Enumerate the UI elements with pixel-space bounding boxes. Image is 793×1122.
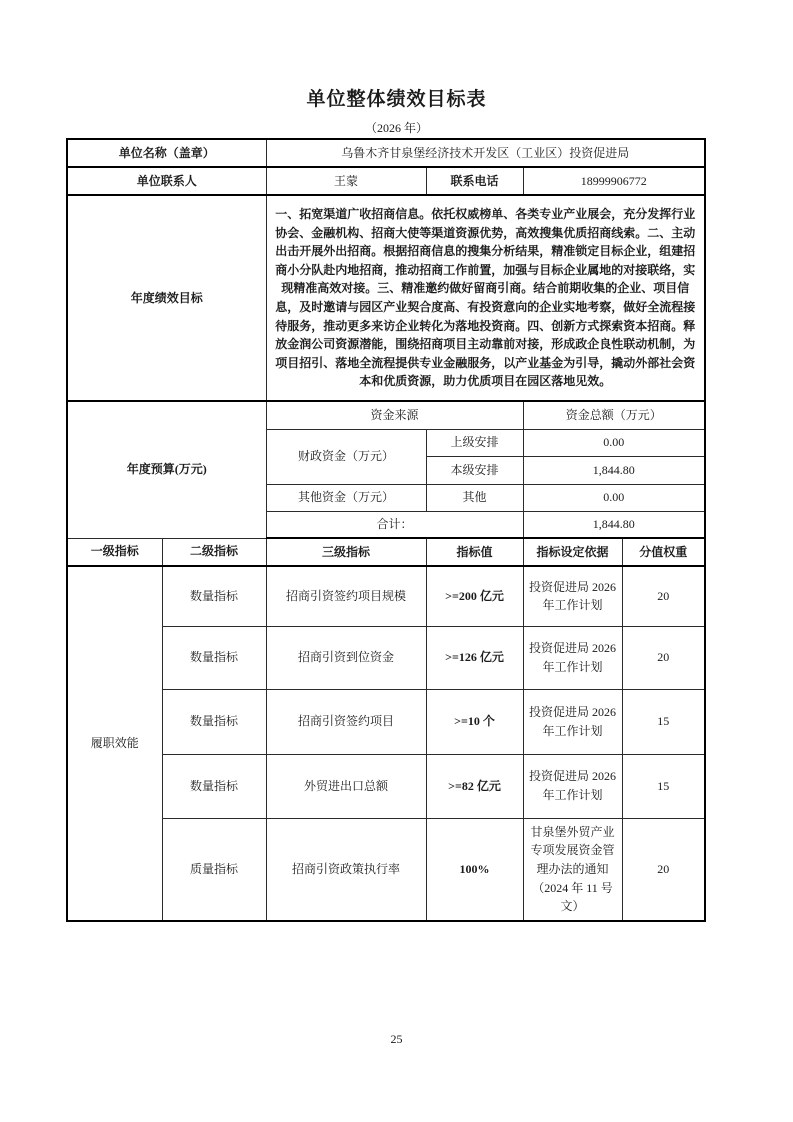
level3-cell: 招商引资政策执行率 bbox=[266, 818, 426, 921]
header-level3: 三级指标 bbox=[266, 538, 426, 566]
row-unit-contact: 单位联系人 王蒙 联系电话 18999906772 bbox=[67, 167, 705, 195]
header-level1: 一级指标 bbox=[67, 538, 162, 566]
budget-local-label: 本级安排 bbox=[426, 456, 523, 484]
annual-goal-text: 一、拓宽渠道广收招商信息。依托权威榜单、各类专业产业展会，充分发挥行业协会、金融… bbox=[266, 195, 705, 401]
level2-cell: 数量指标 bbox=[162, 566, 266, 626]
weight-cell: 15 bbox=[622, 689, 705, 754]
budget-other-fund-label: 其他资金（万元） bbox=[266, 484, 426, 511]
value-cell: >=10 个 bbox=[426, 689, 523, 754]
weight-cell: 20 bbox=[622, 626, 705, 689]
budget-upper-value: 0.00 bbox=[523, 429, 705, 456]
contact-label: 单位联系人 bbox=[67, 167, 266, 195]
basis-cell: 投资促进局 2026 年工作计划 bbox=[523, 754, 622, 818]
phone-value: 18999906772 bbox=[523, 167, 705, 195]
contact-value: 王蒙 bbox=[266, 167, 426, 195]
weight-cell: 15 bbox=[622, 754, 705, 818]
value-cell: >=126 亿元 bbox=[426, 626, 523, 689]
unit-name-value: 乌鲁木齐甘泉堡经济技术开发区（工业区）投资促进局 bbox=[266, 139, 705, 167]
row-annual-goal: 年度绩效目标 一、拓宽渠道广收招商信息。依托权威榜单、各类专业产业展会，充分发挥… bbox=[67, 195, 705, 401]
document-page: 单位整体绩效目标表 （2026 年） 单位名称（盖章） 乌鲁木齐甘泉堡经济技术开… bbox=[0, 0, 793, 1122]
level2-cell: 数量指标 bbox=[162, 626, 266, 689]
level2-cell: 质量指标 bbox=[162, 818, 266, 921]
basis-cell: 甘泉堡外贸产业专项发展资金管理办法的通知（2024 年 11 号文） bbox=[523, 818, 622, 921]
budget-other-value: 0.00 bbox=[523, 484, 705, 511]
budget-upper-label: 上级安排 bbox=[426, 429, 523, 456]
basis-cell: 投资促进局 2026 年工作计划 bbox=[523, 689, 622, 754]
budget-label: 年度预算(万元) bbox=[67, 401, 266, 538]
document-title: 单位整体绩效目标表 bbox=[0, 84, 793, 111]
level2-cell: 数量指标 bbox=[162, 754, 266, 818]
weight-cell: 20 bbox=[622, 566, 705, 626]
level3-cell: 招商引资签约项目规模 bbox=[266, 566, 426, 626]
document-year-subtitle: （2026 年） bbox=[0, 119, 793, 136]
budget-other-label: 其他 bbox=[426, 484, 523, 511]
indicator-row: 质量指标 招商引资政策执行率 100% 甘泉堡外贸产业专项发展资金管理办法的通知… bbox=[67, 818, 705, 921]
value-cell: 100% bbox=[426, 818, 523, 921]
weight-cell: 20 bbox=[622, 818, 705, 921]
level3-cell: 招商引资到位资金 bbox=[266, 626, 426, 689]
budget-total-header: 资金总额（万元） bbox=[523, 401, 705, 429]
annual-goal-label: 年度绩效目标 bbox=[67, 195, 266, 401]
value-cell: >=82 亿元 bbox=[426, 754, 523, 818]
indicator-row: 数量指标 招商引资签约项目 >=10 个 投资促进局 2026 年工作计划 15 bbox=[67, 689, 705, 754]
level3-cell: 招商引资签约项目 bbox=[266, 689, 426, 754]
basis-cell: 投资促进局 2026 年工作计划 bbox=[523, 566, 622, 626]
budget-total-value: 1,844.80 bbox=[523, 511, 705, 538]
row-unit-name: 单位名称（盖章） 乌鲁木齐甘泉堡经济技术开发区（工业区）投资促进局 bbox=[67, 139, 705, 167]
indicator-row: 数量指标 外贸进出口总额 >=82 亿元 投资促进局 2026 年工作计划 15 bbox=[67, 754, 705, 818]
budget-source-header: 资金来源 bbox=[266, 401, 523, 429]
indicator-row: 履职效能 数量指标 招商引资签约项目规模 >=200 亿元 投资促进局 2026… bbox=[67, 566, 705, 626]
header-value: 指标值 bbox=[426, 538, 523, 566]
value-cell: >=200 亿元 bbox=[426, 566, 523, 626]
unit-name-label: 单位名称（盖章） bbox=[67, 139, 266, 167]
page-number: 25 bbox=[0, 1032, 793, 1047]
row-budget-header: 年度预算(万元) 资金来源 资金总额（万元） bbox=[67, 401, 705, 429]
header-level2: 二级指标 bbox=[162, 538, 266, 566]
level1-indicator-value: 履职效能 bbox=[67, 566, 162, 921]
budget-local-value: 1,844.80 bbox=[523, 456, 705, 484]
header-weight: 分值权重 bbox=[622, 538, 705, 566]
performance-target-table: 单位名称（盖章） 乌鲁木齐甘泉堡经济技术开发区（工业区）投资促进局 单位联系人 … bbox=[66, 138, 706, 922]
phone-label: 联系电话 bbox=[426, 167, 523, 195]
budget-fiscal-label: 财政资金（万元） bbox=[266, 429, 426, 484]
level3-cell: 外贸进出口总额 bbox=[266, 754, 426, 818]
level2-cell: 数量指标 bbox=[162, 689, 266, 754]
basis-cell: 投资促进局 2026 年工作计划 bbox=[523, 626, 622, 689]
indicator-row: 数量指标 招商引资到位资金 >=126 亿元 投资促进局 2026 年工作计划 … bbox=[67, 626, 705, 689]
header-basis: 指标设定依据 bbox=[523, 538, 622, 566]
row-indicator-header: 一级指标 二级指标 三级指标 指标值 指标设定依据 分值权重 bbox=[67, 538, 705, 566]
budget-total-label: 合计： bbox=[266, 511, 523, 538]
